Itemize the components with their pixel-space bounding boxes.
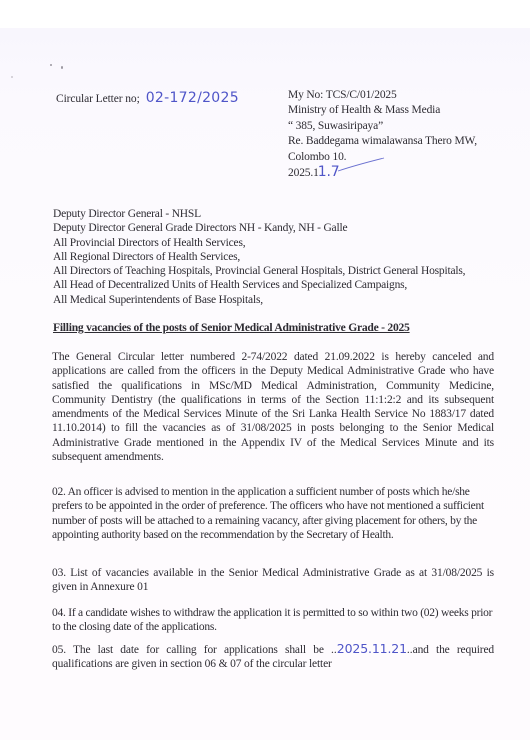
recipient: All Medical Superintendents of Base Hosp… bbox=[53, 293, 465, 307]
recipients-list: Deputy Director General - NHSL Deputy Di… bbox=[53, 207, 465, 307]
scan-top-margin bbox=[0, 0, 530, 28]
circular-number-handwritten: 02-172/2025 bbox=[146, 90, 239, 106]
paragraph-05-prefix: 05. The last date for calling for applic… bbox=[52, 644, 331, 656]
circular-label: Circular Letter no; bbox=[56, 93, 140, 105]
subject-heading: Filling vacancies of the posts of Senior… bbox=[53, 321, 410, 334]
scan-speck bbox=[61, 66, 63, 69]
paragraph-05: 05. The last date for calling for applic… bbox=[52, 642, 494, 672]
recipient: Deputy Director General Grade Directors … bbox=[53, 221, 465, 235]
sender-address-block: My No: TCS/C/01/2025 Ministry of Health … bbox=[288, 88, 477, 181]
street-address: Re. Baddegama wimalawansa Thero MW, bbox=[288, 134, 477, 149]
paragraph-01: The General Circular letter numbered 2-7… bbox=[52, 350, 494, 464]
scan-speck bbox=[50, 64, 52, 66]
letter-date: 2025.11.7 bbox=[288, 165, 477, 181]
recipient: All Directors of Teaching Hospitals, Pro… bbox=[53, 264, 465, 278]
recipient: Deputy Director General - NHSL bbox=[53, 207, 465, 221]
paragraph-02: 02. An officer is advised to mention in … bbox=[52, 485, 498, 542]
scan-speck bbox=[11, 76, 13, 78]
building-name: “ 385, Suwasiripaya” bbox=[288, 119, 477, 134]
closing-date-handwritten: 2025.11.21 bbox=[337, 641, 407, 656]
ministry-name: Ministry of Health & Mass Media bbox=[288, 103, 477, 118]
paragraph-04: 04. If a candidate wishes to withdraw th… bbox=[52, 606, 494, 635]
recipient: All Provincial Directors of Health Servi… bbox=[53, 236, 465, 250]
date-printed: 2025.1 bbox=[288, 167, 319, 179]
circular-letter-number: Circular Letter no;02-172/2025 bbox=[56, 90, 239, 106]
recipient: All Head of Decentralized Units of Healt… bbox=[53, 278, 465, 292]
pen-stroke-icon bbox=[336, 157, 386, 173]
paragraph-03: 03. List of vacancies available in the S… bbox=[52, 566, 494, 595]
recipient: All Regional Directors of Health Service… bbox=[53, 250, 465, 264]
reference-number: My No: TCS/C/01/2025 bbox=[288, 88, 477, 103]
